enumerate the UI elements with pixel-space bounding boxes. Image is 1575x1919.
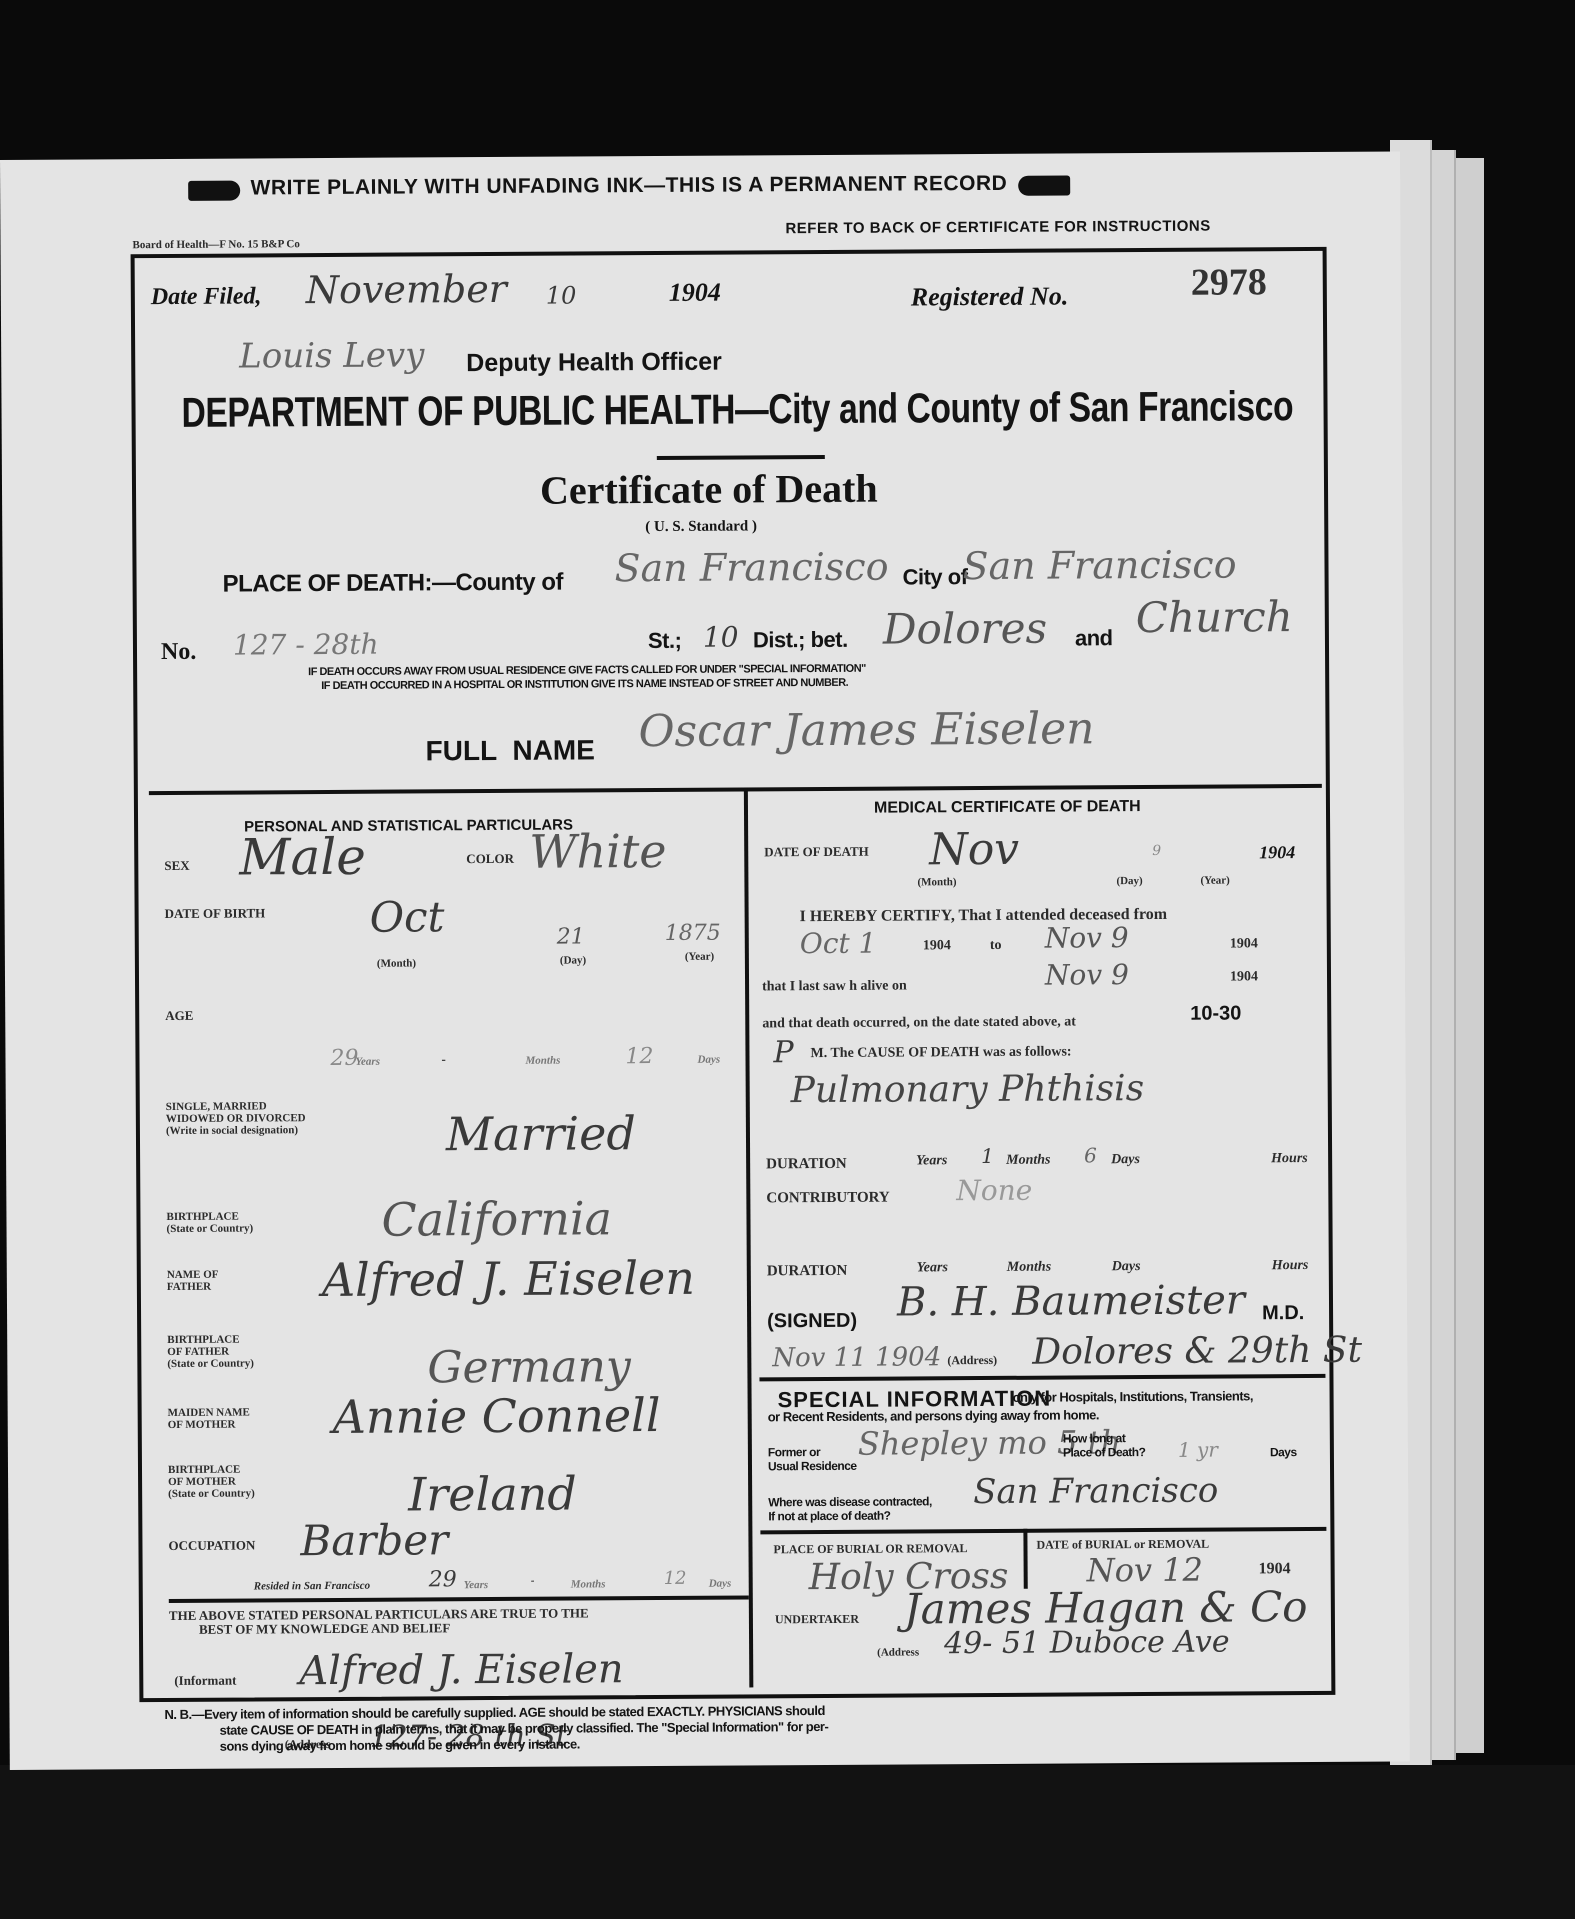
book-page-edge xyxy=(1454,158,1484,1753)
death-occurred-text: and that death occurred, on the date sta… xyxy=(762,1015,1076,1030)
last-saw-text: that I last saw h alive on xyxy=(762,979,907,993)
cause-of-death: Pulmonary Phthisis xyxy=(791,1068,1145,1111)
death-month-label: (Month) xyxy=(917,876,956,889)
city-label: City of xyxy=(902,564,967,590)
officer-signature: Louis Levy xyxy=(239,335,424,376)
signed-label: (SIGNED) xyxy=(767,1310,857,1334)
informant-value: Alfred J. Eiselen xyxy=(299,1646,624,1694)
age-months-label: Months xyxy=(525,1055,560,1068)
between-street-2: Church xyxy=(1136,592,1293,642)
age-label: AGE xyxy=(165,1009,193,1022)
duration2-days-label: Days xyxy=(1112,1260,1141,1273)
burial-date-label: DATE of BURIAL or REMOVAL xyxy=(1036,1538,1209,1552)
full-name-value: Oscar James Eiselen xyxy=(638,703,1094,757)
pointing-hand-icon xyxy=(188,180,240,200)
resided-label: Resided in San Francisco xyxy=(254,1580,371,1594)
signed-date: Nov 11 1904 xyxy=(772,1342,941,1373)
form-number: Board of Health—F No. 15 B&P Co xyxy=(132,238,299,252)
duration-days-label: Days xyxy=(1111,1153,1140,1166)
age-days-label: Days xyxy=(697,1054,720,1067)
background-shadow xyxy=(0,1765,1575,1919)
physician-address: Dolores & 29th St xyxy=(1032,1330,1362,1373)
undertaker-address-value: 49- 51 Duboce Ave xyxy=(944,1625,1230,1662)
burial-year-value: 1904 xyxy=(1259,1562,1291,1575)
age-years-label: Years xyxy=(355,1056,380,1069)
resided-days-label: Days xyxy=(709,1578,732,1591)
warning-text: WRITE PLAINLY WITH UNFADING INK—THIS IS … xyxy=(251,172,1008,200)
city-value: San Francisco xyxy=(962,542,1236,588)
sex-value: Male xyxy=(239,828,366,887)
death-day-label: (Day) xyxy=(1116,875,1142,888)
attended-from: Oct 1 xyxy=(800,927,877,960)
undertaker-label: UNDERTAKER xyxy=(775,1613,859,1627)
death-certificate-page: WRITE PLAINLY WITH UNFADING INK—THIS IS … xyxy=(0,151,1410,1770)
contracted-label: Where was disease contracted, If not at … xyxy=(768,1494,932,1523)
resided-months: - xyxy=(531,1575,535,1588)
resided-days: 12 xyxy=(664,1568,687,1589)
duration-hours-label: Hours xyxy=(1271,1152,1308,1165)
contributory-label: CONTRIBUTORY xyxy=(766,1192,889,1206)
duration-label: DURATION xyxy=(766,1158,847,1171)
date-filed-month: November xyxy=(306,267,507,312)
street-label: St.; xyxy=(648,628,682,654)
full-name-label: FULL NAME xyxy=(426,734,595,767)
special-note-1: only for Hospitals, Institutions, Transi… xyxy=(1013,1388,1254,1404)
book-page-edge xyxy=(1430,150,1456,1760)
special-note-2: or Recent Residents, and persons dying a… xyxy=(768,1407,1099,1424)
dob-day: 21 xyxy=(557,924,585,949)
burial-place-label: PLACE OF BURIAL OR REMOVAL xyxy=(773,1542,967,1556)
age-years: 29 xyxy=(330,1046,358,1071)
dob-label: DATE OF BIRTH xyxy=(165,906,266,920)
father-birthplace-value: Germany xyxy=(427,1341,631,1393)
informant-statement: THE ABOVE STATED PERSONAL PARTICULARS AR… xyxy=(169,1606,589,1637)
former-residence-label: Former or Usual Residence xyxy=(768,1445,857,1474)
certificate-title: Certificate of Death xyxy=(540,465,878,514)
birthplace-value: California xyxy=(381,1191,612,1246)
registered-label: Registered No. xyxy=(911,281,1069,312)
dob-month: Oct xyxy=(369,892,444,941)
department-title: DEPARTMENT OF PUBLIC HEALTH—City and Cou… xyxy=(181,382,1293,437)
informant-label: (Informant xyxy=(174,1674,236,1687)
death-time: 10-30 xyxy=(1190,1002,1241,1025)
instructions-note: REFER TO BACK OF CERTIFICATE FOR INSTRUC… xyxy=(785,218,1210,238)
resided-years-label: Years xyxy=(464,1579,489,1592)
dob-year: 1875 xyxy=(665,921,721,946)
warning-line: WRITE PLAINLY WITH UNFADING INK—THIS IS … xyxy=(188,171,1070,200)
district-value: 10 xyxy=(703,620,739,653)
death-day: 9 xyxy=(1152,843,1161,859)
death-month: Nov xyxy=(929,824,1019,876)
mother-name-value: Annie Connell xyxy=(333,1388,661,1444)
duration2-hours-label: Hours xyxy=(1272,1259,1309,1272)
officer-title: Deputy Health Officer xyxy=(466,348,722,379)
and-label: and xyxy=(1075,625,1113,651)
registered-number: 2978 xyxy=(1191,260,1267,304)
how-long-value: 1 yr xyxy=(1178,1438,1218,1462)
us-standard: ( U. S. Standard ) xyxy=(645,518,757,536)
attended-from-year: 1904 xyxy=(923,939,951,952)
sex-label: SEX xyxy=(164,859,189,872)
footer-note: N. B.—Every item of information should b… xyxy=(164,1703,828,1755)
father-birthplace-label: BIRTHPLACE OF FATHER (State or Country) xyxy=(167,1333,254,1370)
mother-birthplace-value: Ireland xyxy=(408,1467,577,1522)
medical-heading: MEDICAL CERTIFICATE OF DEATH xyxy=(874,798,1141,818)
how-long-label: How long at Place of Death? xyxy=(1063,1431,1146,1460)
between-street-1: Dolores xyxy=(883,604,1047,654)
last-saw-year: 1904 xyxy=(1230,970,1258,983)
resided-months-label: Months xyxy=(571,1578,606,1591)
pointing-hand-icon xyxy=(1018,175,1070,195)
physician-signature: B. H. Baumeister xyxy=(897,1277,1245,1325)
street-number-label: No. xyxy=(161,639,197,666)
duration2-years-label: Years xyxy=(917,1261,948,1274)
md-label: M.D. xyxy=(1262,1302,1304,1325)
father-name-label: NAME OF FATHER xyxy=(167,1269,219,1293)
attended-to-year: 1904 xyxy=(1230,937,1258,950)
occupation-value: Barber xyxy=(300,1515,448,1565)
age-days: 12 xyxy=(625,1044,653,1069)
resided-years: 29 xyxy=(429,1567,457,1592)
date-filed-day: 10 xyxy=(546,281,577,309)
dob-day-label: (Day) xyxy=(560,954,586,967)
contributory-value: None xyxy=(956,1174,1032,1207)
contracted-value: San Francisco xyxy=(973,1471,1218,1512)
mother-name-label: MAIDEN NAME OF MOTHER xyxy=(168,1406,250,1431)
date-of-death-label: DATE OF DEATH xyxy=(764,845,869,859)
occupation-label: OCCUPATION xyxy=(168,1538,255,1552)
dob-year-label: (Year) xyxy=(685,951,714,964)
mother-birthplace-label: BIRTHPLACE OF MOTHER (State or Country) xyxy=(168,1463,255,1500)
duration-years-label: Years xyxy=(916,1154,947,1167)
place-of-death-label: PLACE OF DEATH:—County of xyxy=(223,569,564,599)
duration-months: 6 xyxy=(1084,1143,1097,1167)
color-value: White xyxy=(529,824,667,879)
birthplace-label: BIRTHPLACE (State or Country) xyxy=(166,1210,253,1235)
undertaker-address-label: (Address xyxy=(877,1646,919,1659)
marital-label: SINGLE, MARRIED WIDOWED OR DIVORCED (Wri… xyxy=(166,1100,306,1137)
cause-text: M. The CAUSE OF DEATH was as follows: xyxy=(810,1045,1071,1060)
duration2-months-label: Months xyxy=(1007,1261,1051,1274)
color-label: COLOR xyxy=(466,852,514,865)
duration-months-label: Months xyxy=(1006,1154,1050,1167)
last-saw-date: Nov 9 xyxy=(1045,958,1129,992)
to-label: to xyxy=(990,939,1002,952)
age-months: - xyxy=(441,1052,445,1065)
burial-column-divider xyxy=(1023,1529,1027,1589)
marital-value: Married xyxy=(446,1106,636,1161)
death-year-label: (Year) xyxy=(1200,875,1229,888)
duration2-label: DURATION xyxy=(767,1265,848,1278)
date-filed-year: 1904 xyxy=(669,278,721,308)
county-value: San Francisco xyxy=(614,545,888,591)
death-ampm: P xyxy=(773,1035,793,1070)
physician-address-label: (Address) xyxy=(947,1354,997,1367)
how-long-days-label: Days xyxy=(1270,1445,1297,1459)
attended-to: Nov 9 xyxy=(1045,921,1129,955)
date-filed-label: Date Filed, xyxy=(151,283,262,311)
death-year: 1904 xyxy=(1259,842,1295,863)
street-number-value: 127 - 28th xyxy=(233,628,379,662)
dob-month-label: (Month) xyxy=(377,957,416,970)
duration-years: 1 xyxy=(981,1144,994,1168)
father-name-value: Alfred J. Eiselen xyxy=(322,1251,695,1307)
district-label: Dist.; bet. xyxy=(753,627,848,654)
